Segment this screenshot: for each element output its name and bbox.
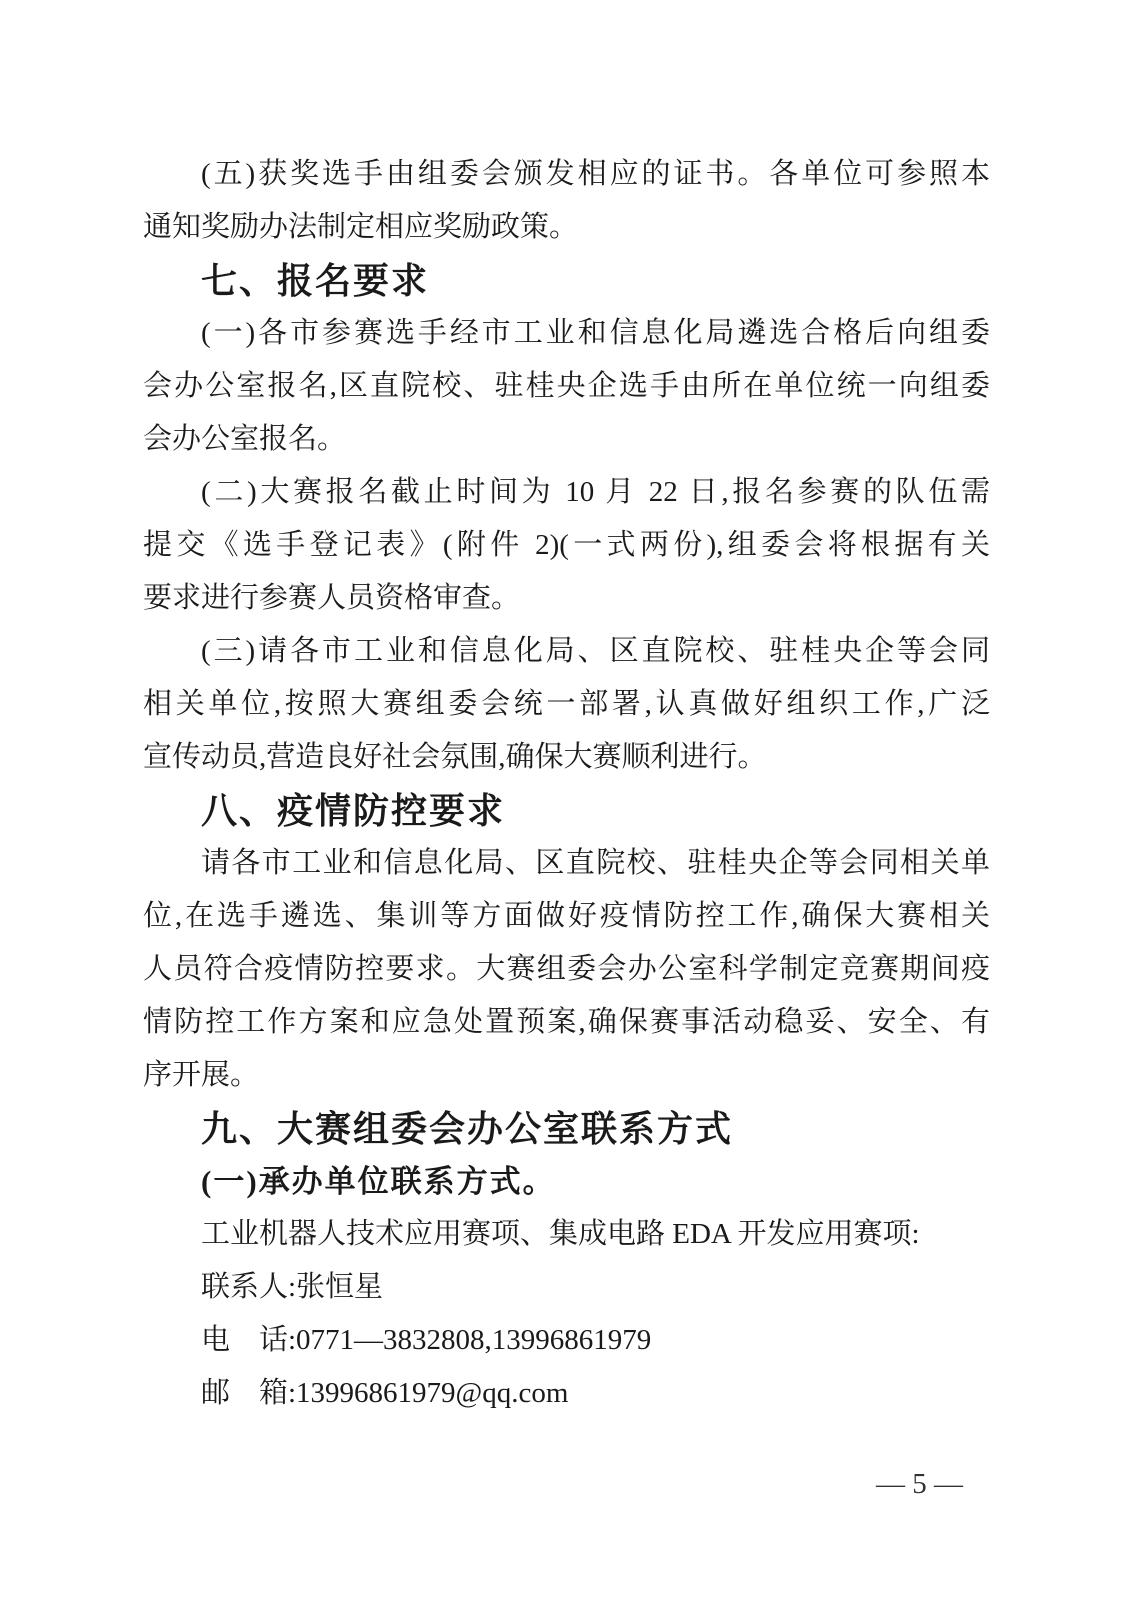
document-page: (五)获奖选手由组委会颁发相应的证书。各单位可参照本通知奖励办法制定相应奖励政策… — [0, 0, 1131, 1600]
heading-registration-requirements-line-1: 七、报名要求 — [143, 254, 990, 307]
heading-epidemic-prevention-line-1: 八、疫情防控要求 — [143, 784, 990, 837]
paragraph-epidemic-line-5: 序开展。 — [143, 1049, 990, 1102]
paragraph-registration-3-line-1: (三)请各市工业和信息化局、区直院校、驻桂央企等会同 — [143, 625, 990, 678]
page-number: — 5 — — [876, 1468, 963, 1500]
paragraph-registration-2-line-3: 要求进行参赛人员资格审查。 — [143, 572, 990, 625]
contact-person-line-1: 联系人:张恒星 — [143, 1261, 990, 1314]
paragraph-epidemic-line-2: 位,在选手遴选、集训等方面做好疫情防控工作,确保大赛相关 — [143, 890, 990, 943]
heading-contact-info-line-1: 九、大赛组委会办公室联系方式 — [143, 1102, 990, 1155]
paragraph-registration-1-line-2: 会办公室报名,区直院校、驻桂央企选手由所在单位统一向组委 — [143, 360, 990, 413]
paragraph-registration-2-line-1: (二)大赛报名截止时间为 10 月 22 日,报名参赛的队伍需 — [143, 466, 990, 519]
paragraph-epidemic-line-1: 请各市工业和信息化局、区直院校、驻桂央企等会同相关单 — [143, 837, 990, 890]
paragraph-registration-3-line-2: 相关单位,按照大赛组委会统一部署,认真做好组织工作,广泛 — [143, 678, 990, 731]
paragraph-certificates-line-2: 通知奖励办法制定相应奖励政策。 — [143, 201, 990, 254]
page-footer: — 5 — — [876, 1468, 963, 1501]
paragraph-epidemic-line-3: 人员符合疫情防控要求。大赛组委会办公室科学制定竞赛期间疫 — [143, 943, 990, 996]
paragraph-registration-1-line-3: 会办公室报名。 — [143, 413, 990, 466]
paragraph-competition-tracks-line-1: 工业机器人技术应用赛项、集成电路 EDA 开发应用赛项: — [143, 1208, 990, 1261]
contact-phone-line-1: 电 话:0771—3832808,13996861979 — [143, 1314, 990, 1367]
paragraph-registration-1-line-1: (一)各市参赛选手经市工业和信息化局遴选合格后向组委 — [143, 307, 990, 360]
document-body: (五)获奖选手由组委会颁发相应的证书。各单位可参照本通知奖励办法制定相应奖励政策… — [143, 148, 990, 1420]
paragraph-certificates-line-1: (五)获奖选手由组委会颁发相应的证书。各单位可参照本 — [143, 148, 990, 201]
paragraph-epidemic-line-4: 情防控工作方案和应急处置预案,确保赛事活动稳妥、安全、有 — [143, 996, 990, 1049]
paragraph-registration-2-line-2: 提交《选手登记表》(附件 2)(一式两份),组委会将根据有关 — [143, 519, 990, 572]
subheading-organizer-contact-line-1: (一)承办单位联系方式。 — [143, 1155, 990, 1208]
contact-email-line-1: 邮 箱:13996861979@qq.com — [143, 1367, 990, 1420]
paragraph-registration-3-line-3: 宣传动员,营造良好社会氛围,确保大赛顺利进行。 — [143, 731, 990, 784]
